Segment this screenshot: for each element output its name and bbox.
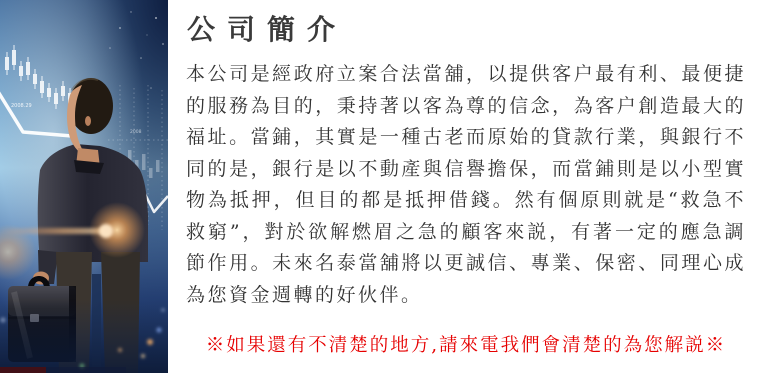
- ear: [85, 116, 91, 126]
- businessman-stock-chart-illustration: 2008.29 2008: [0, 0, 168, 373]
- chart-label-left: 2008.29: [11, 103, 32, 109]
- contact-notice: ※如果還有不清楚的地方,請來電我們會清楚的為您解説※: [186, 334, 746, 358]
- hero-image: 2008.29 2008: [0, 0, 168, 373]
- intro-paragraph: 本公司是經政府立案合法當舖，以提供客户最有利、最便捷的服務為目的，秉持著以客為尊…: [186, 59, 746, 311]
- chart-label-right: 2008: [130, 129, 142, 135]
- company-intro-content: 公司簡介 本公司是經政府立案合法當舖，以提供客户最有利、最便捷的服務為目的，秉持…: [186, 0, 746, 358]
- page-title: 公司簡介: [187, 14, 746, 46]
- company-intro-section: 2008.29 2008: [0, 0, 759, 373]
- bottom-red-strip: [0, 367, 46, 373]
